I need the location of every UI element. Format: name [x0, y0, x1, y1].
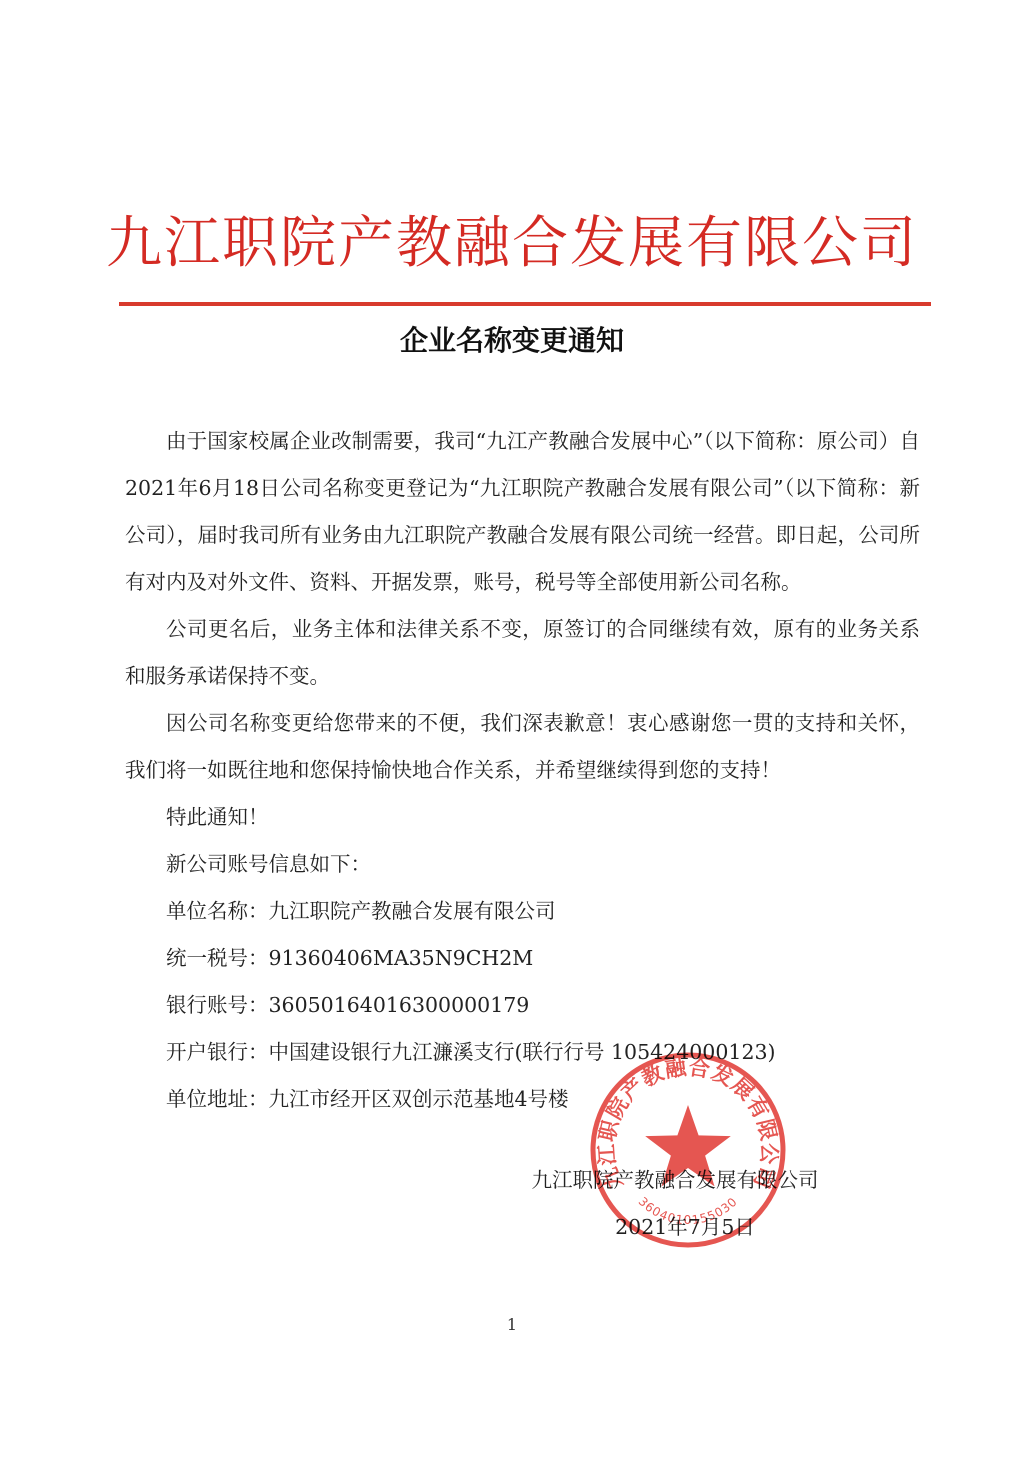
account-row-tax-id: 统一税号：91360406MA35N9CH2M [125, 935, 920, 982]
account-label: 银行账号： [166, 993, 269, 1017]
account-row-bank-account: 银行账号：36050164016300000179 [125, 982, 920, 1029]
letterhead-company-name: 九江职院产教融合发展有限公司 [0, 208, 1024, 280]
paragraph-legal-relations: 公司更名后，业务主体和法律关系不变，原签订的合同继续有效，原有的业务关系和服务承… [125, 606, 920, 700]
company-seal-stamp: 九江职院产教融合发展有限公司 3604010155030 [588, 1050, 788, 1250]
notice-line: 特此通知！ [125, 794, 920, 841]
paragraph-apology: 因公司名称变更给您带来的不便，我们深表歉意！衷心感谢您一贯的支持和关怀，我们将一… [125, 700, 920, 794]
account-value: 91360406MA35N9CH2M [269, 946, 534, 970]
document-title: 企业名称变更通知 [0, 320, 1024, 362]
account-label: 单位名称： [166, 899, 269, 923]
account-label: 统一税号： [166, 946, 269, 970]
seal-star-icon [645, 1105, 731, 1186]
account-label: 单位地址： [166, 1087, 269, 1111]
page-number: 1 [0, 1315, 1024, 1334]
document-body: 由于国家校属企业改制需要，我司“九江产教融合发展中心”（以下简称：原公司）自20… [125, 418, 920, 1123]
account-row-address: 单位地址：九江市经开区双创示范基地4号楼 [125, 1076, 920, 1123]
account-value: 九江职院产教融合发展有限公司 [269, 899, 556, 923]
account-intro: 新公司账号信息如下： [125, 841, 920, 888]
account-value: 36050164016300000179 [269, 993, 530, 1017]
account-row-company-name: 单位名称：九江职院产教融合发展有限公司 [125, 888, 920, 935]
account-row-bank: 开户银行：中国建设银行九江濂溪支行(联行行号 105424000123) [125, 1029, 920, 1076]
svg-text:3604010155030: 3604010155030 [636, 1194, 741, 1227]
paragraph-name-change: 由于国家校属企业改制需要，我司“九江产教融合发展中心”（以下简称：原公司）自20… [125, 418, 920, 606]
account-value: 九江市经开区双创示范基地4号楼 [269, 1087, 569, 1111]
letterhead-divider [119, 302, 931, 306]
account-label: 开户银行： [166, 1040, 269, 1064]
